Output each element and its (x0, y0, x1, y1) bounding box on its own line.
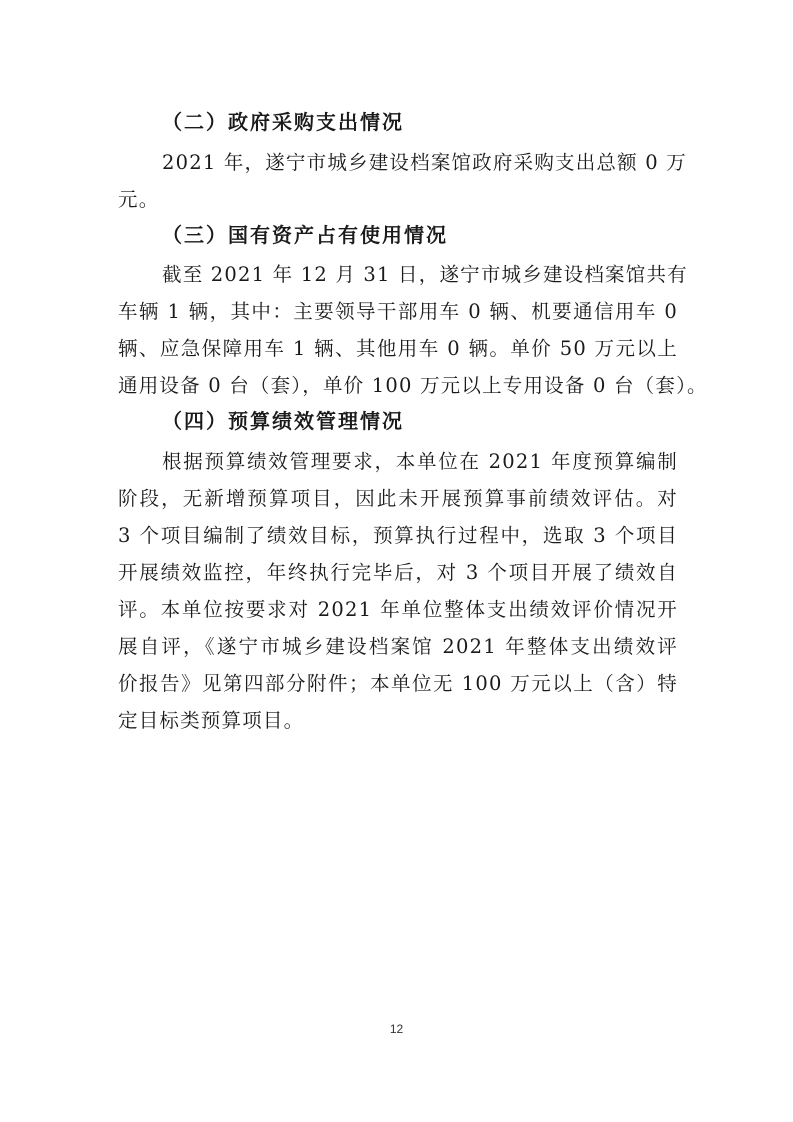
paragraph-line: 评。本单位按要求对 2021 年单位整体支出绩效评价情况开 (118, 594, 678, 622)
paragraph-line: 阶段，无新增预算项目，因此未开展预算事前绩效评估。对 (118, 483, 678, 511)
paragraph-line: 3 个项目编制了绩效目标，预算执行过程中，选取 3 个项目 (118, 520, 678, 548)
section-heading-budget-performance: （四）预算绩效管理情况 (162, 405, 404, 434)
paragraph-line: 根据预算绩效管理要求，本单位在 2021 年度预算编制 (162, 446, 678, 474)
paragraph-line: 开展绩效监控，年终执行完毕后，对 3 个项目开展了绩效自 (118, 557, 678, 585)
paragraph-line: 定目标类预算项目。 (118, 705, 678, 733)
page-number: 12 (0, 1022, 793, 1036)
paragraph-line: 展自评，《遂宁市城乡建设档案馆 2021 年整体支出绩效评 (118, 631, 678, 659)
paragraph-line: 2021 年，遂宁市城乡建设档案馆政府采购支出总额 0 万 (162, 147, 678, 175)
section-heading-government-procurement: （二）政府采购支出情况 (162, 106, 404, 135)
section-heading-state-assets: （三）国有资产占有使用情况 (162, 219, 448, 248)
paragraph-line: 辆、应急保障用车 1 辆、其他用车 0 辆。单价 50 万元以上 (118, 333, 678, 361)
paragraph-line: 价报告》见第四部分附件；本单位无 100 万元以上（含）特 (118, 668, 678, 696)
paragraph-line: 元。 (118, 184, 678, 212)
paragraph-line: 车辆 1 辆，其中：主要领导干部用车 0 辆、机要通信用车 0 (118, 296, 678, 324)
document-page: （二）政府采购支出情况 2021 年，遂宁市城乡建设档案馆政府采购支出总额 0 … (0, 0, 793, 1122)
paragraph-line: 截至 2021 年 12 月 31 日，遂宁市城乡建设档案馆共有 (162, 259, 678, 287)
paragraph-line: 通用设备 0 台（套），单价 100 万元以上专用设备 0 台（套）。 (118, 370, 678, 398)
